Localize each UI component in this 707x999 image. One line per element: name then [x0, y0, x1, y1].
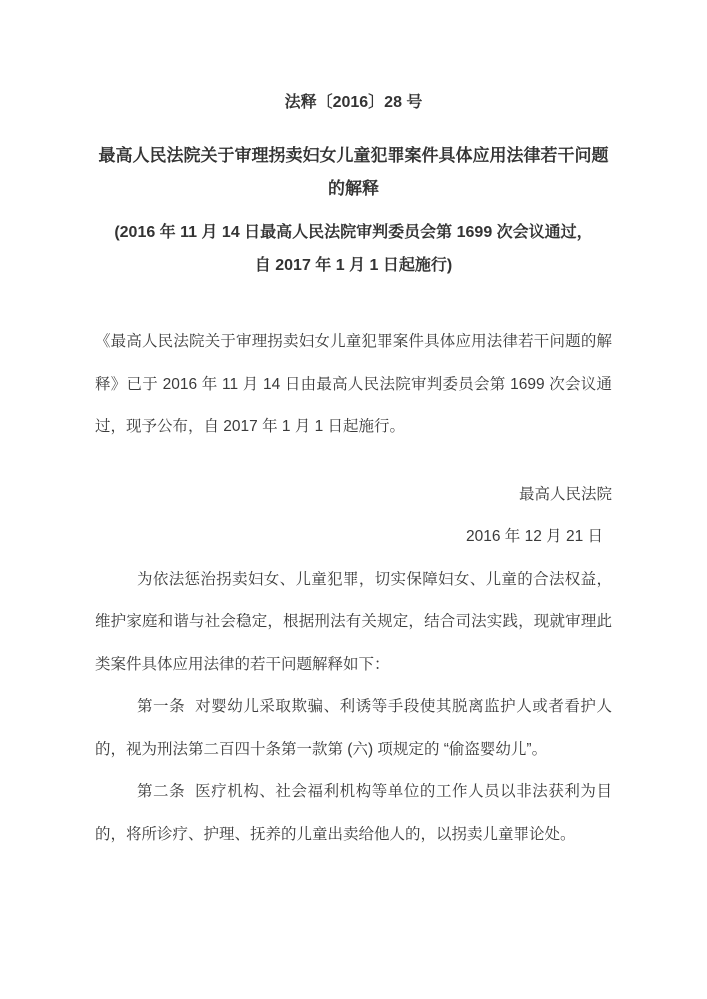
preamble-paragraph: 为依法惩治拐卖妇女、儿童犯罪，切实保障妇女、儿童的合法权益，维护家庭和谐与社会稳… — [95, 559, 612, 687]
issue-date: 2016 年 12 月 21 日 — [95, 516, 612, 559]
article-1-paragraph: 第一条对婴幼儿采取欺骗、利诱等手段使其脱离监护人或者看护人的，视为刑法第二百四十… — [95, 686, 612, 771]
adoption-note-line-1: (2016 年 11 月 14 日最高人民法院审判委员会第 1699 次会议通过… — [95, 217, 612, 250]
document-page: 法释〔2016〕28 号 最高人民法院关于审理拐卖妇女儿童犯罪案件具体应用法律若… — [0, 0, 707, 999]
document-title: 最高人民法院关于审理拐卖妇女儿童犯罪案件具体应用法律若干问题的解释 — [98, 139, 609, 205]
article-1-label: 第一条 — [137, 698, 185, 715]
doc-number: 法释〔2016〕28 号 — [95, 86, 612, 119]
adoption-note-line-2: 自 2017 年 1 月 1 日起施行) — [95, 250, 612, 283]
announcement-paragraph: 《最高人民法院关于审理拐卖妇女儿童犯罪案件具体应用法律若干问题的解释》已于 20… — [95, 321, 612, 449]
article-2-label: 第二条 — [137, 783, 185, 800]
issuer-name: 最高人民法院 — [95, 474, 612, 517]
adoption-note: (2016 年 11 月 14 日最高人民法院审判委员会第 1699 次会议通过… — [95, 217, 612, 282]
article-2-paragraph: 第二条医疗机构、社会福利机构等单位的工作人员以非法获利为目的，将所诊疗、护理、抚… — [95, 771, 612, 856]
